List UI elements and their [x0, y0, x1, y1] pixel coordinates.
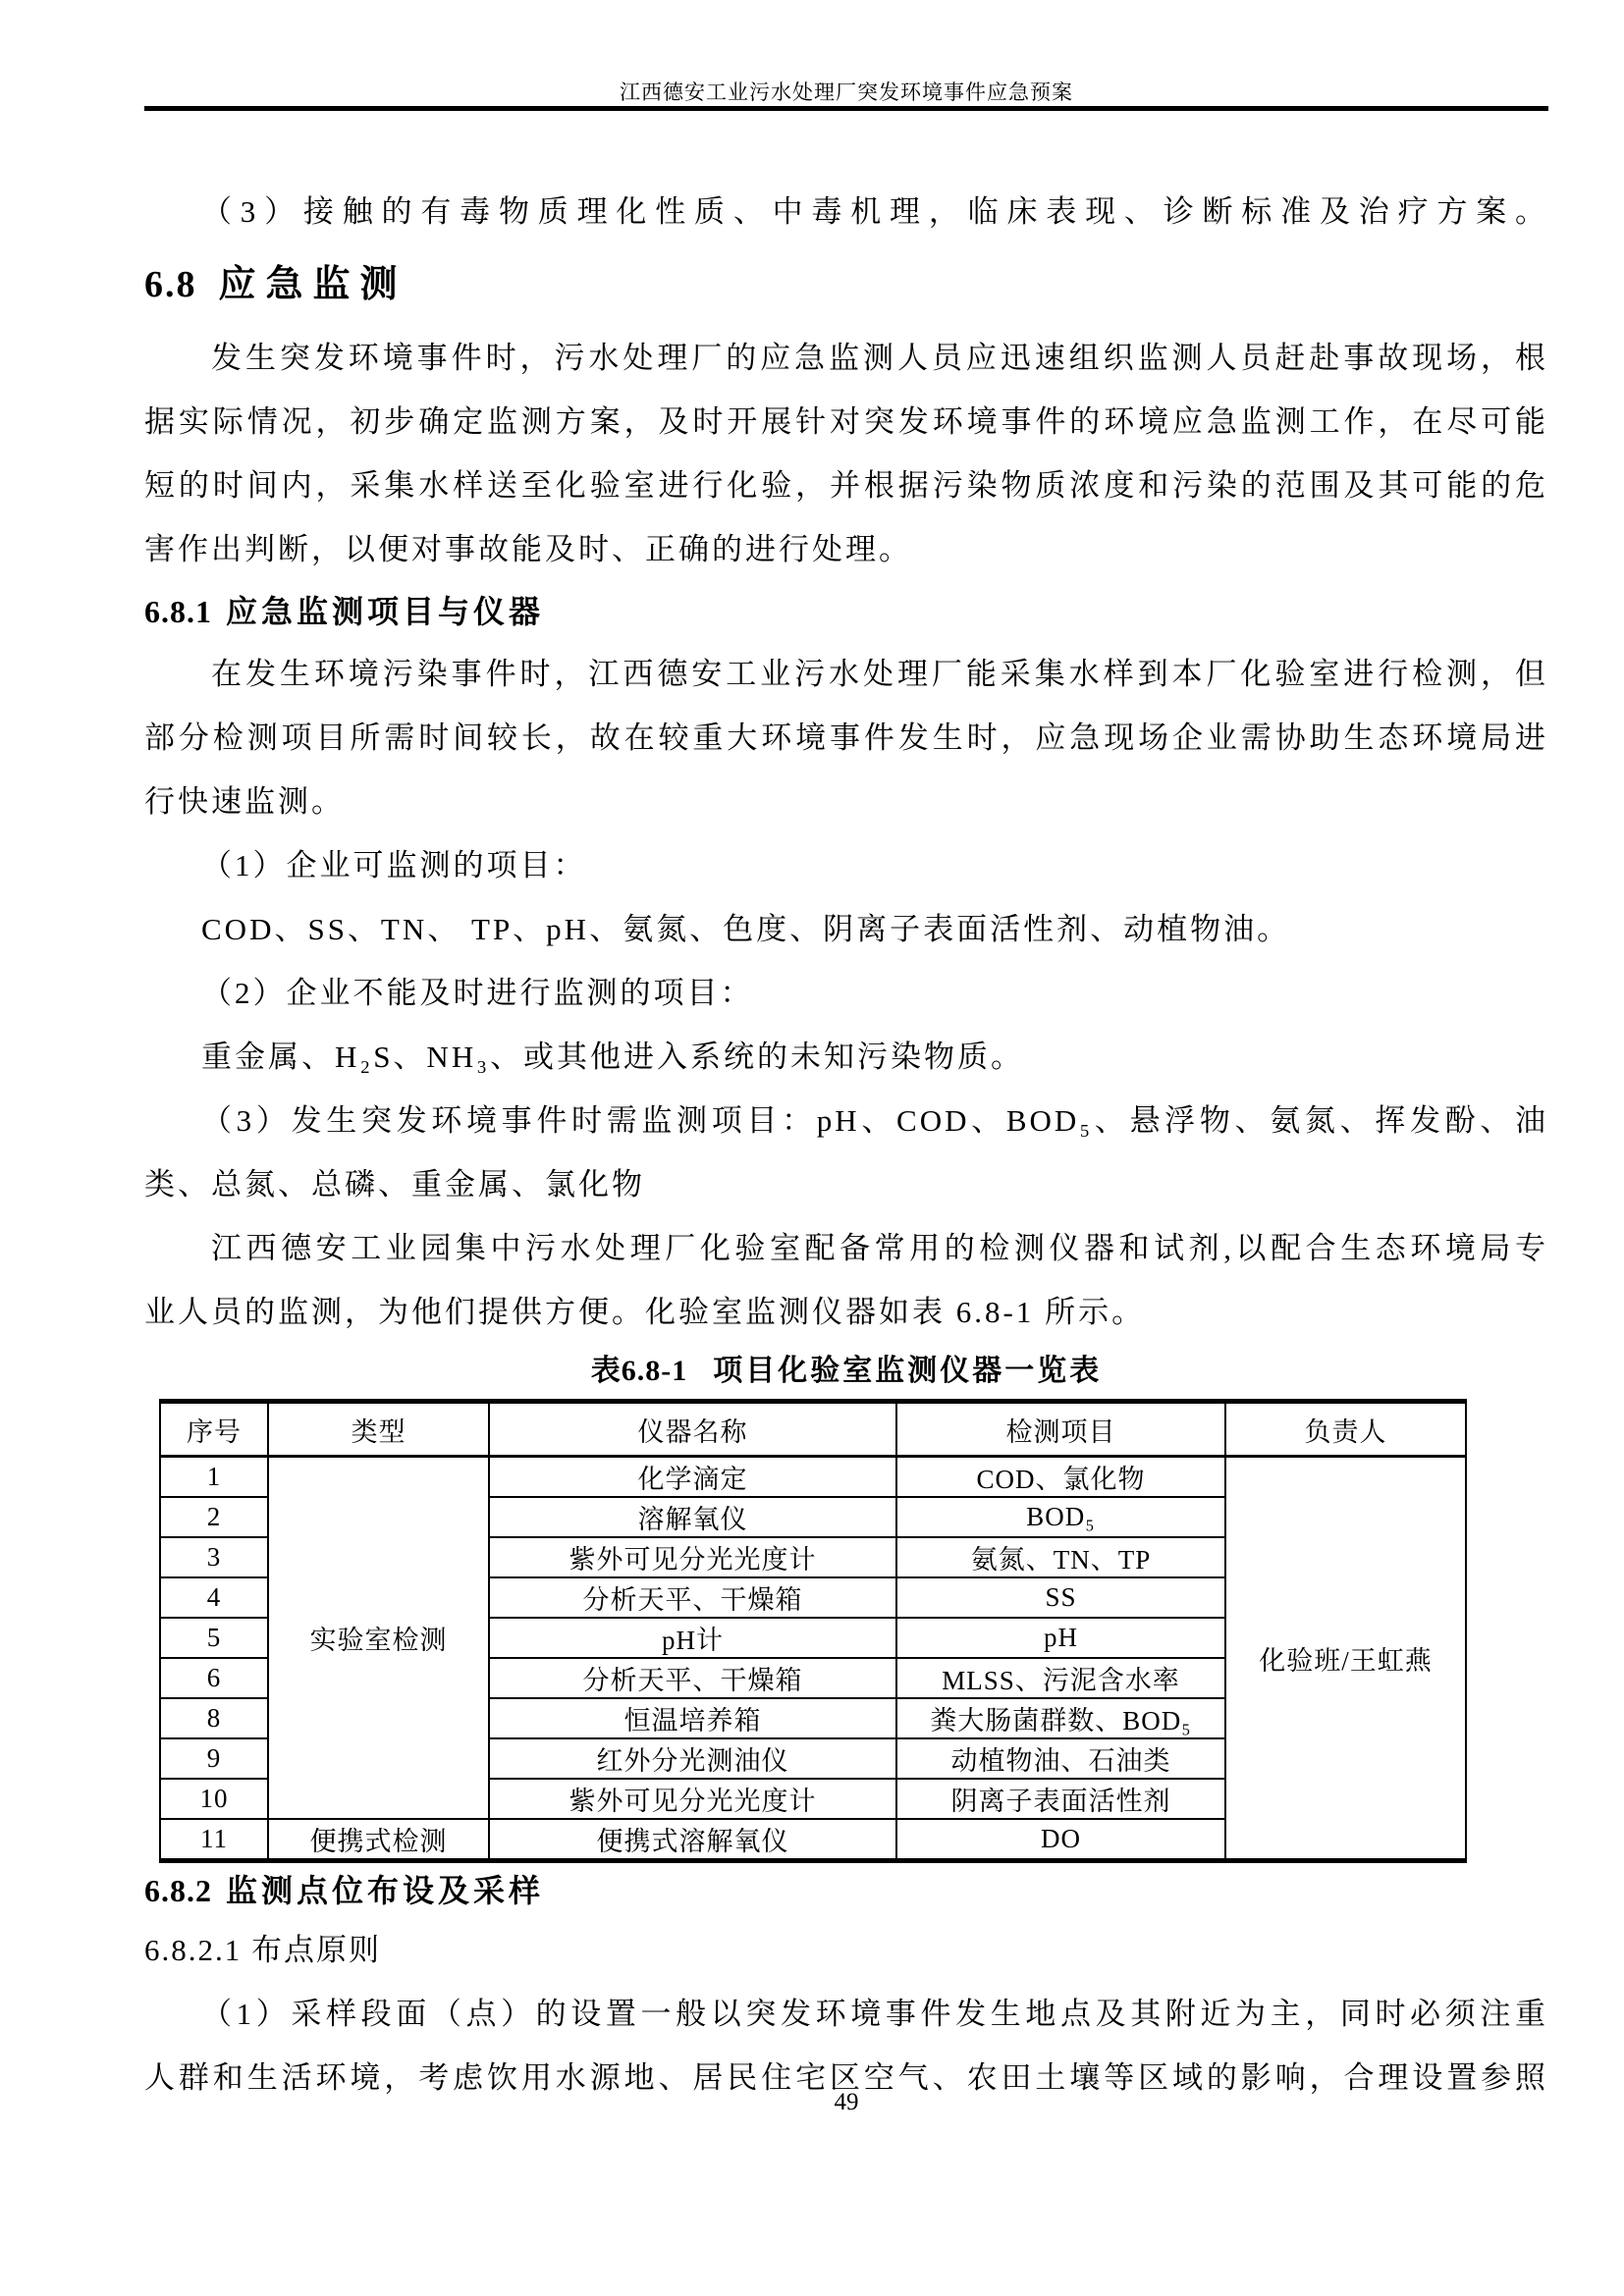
section-number: 6.8.1: [144, 594, 212, 629]
body-line: 害作出判断，以便对事故能及时、正确的进行处理。: [144, 517, 1548, 581]
cell-instrument: 紫外可见分光光度计: [489, 1779, 896, 1819]
list-item: （3）发生突发环境事件时需监测项目：pH、COD、BOD₅、悬浮物、氨氮、挥发酚…: [144, 1089, 1548, 1152]
cell-instrument: 便携式溶解氧仪: [489, 1819, 896, 1861]
table-caption-title: 项目化验室监测仪器一览表: [713, 1355, 1102, 1387]
section-heading-6-8-1: 6.8.1应急监测项目与仪器: [144, 581, 1548, 642]
cell-item: pH: [896, 1618, 1225, 1658]
cell-no: 4: [160, 1577, 268, 1618]
page-header-title: 江西德安工业污水处理厂突发环境事件应急预案: [144, 77, 1548, 106]
cell-no: 10: [160, 1779, 268, 1819]
page-number: 49: [144, 2089, 1548, 2116]
cell-item: 动植物油、石油类: [896, 1738, 1225, 1779]
list-item-detail: 重金属、H₂S、NH₃、或其他进入系统的未知污染物质。: [144, 1025, 1548, 1089]
cell-instrument: 分析天平、干燥箱: [489, 1658, 896, 1698]
cell-item: 氨氮、TN、TP: [896, 1537, 1225, 1577]
cell-no: 9: [160, 1738, 268, 1779]
body-line: 在发生环境污染事件时，江西德安工业污水处理厂能采集水样到本厂化验室进行检测，但: [144, 642, 1548, 706]
cell-instrument: 紫外可见分光光度计: [489, 1537, 896, 1577]
cell-item: DO: [896, 1819, 1225, 1861]
col-header-instrument: 仪器名称: [489, 1402, 896, 1457]
cell-item: SS: [896, 1577, 1225, 1618]
cell-instrument: 溶解氧仪: [489, 1497, 896, 1537]
col-header-no: 序号: [160, 1402, 268, 1457]
col-header-type: 类型: [268, 1402, 489, 1457]
body-line: 部分检测项目所需时间较长，故在较重大环境事件发生时，应急现场企业需协助生态环境局…: [144, 706, 1548, 770]
section-number: 6.8: [144, 264, 197, 305]
cell-item: 阴离子表面活性剂: [896, 1779, 1225, 1819]
section-title: 应急监测: [219, 264, 407, 305]
section-heading-6-8: 6.8应急监测: [144, 243, 1548, 326]
section-heading-6-8-2-1: 6.8.2.1 布点原则: [144, 1918, 1548, 1982]
section-heading-6-8-2: 6.8.2监测点位布设及采样: [144, 1863, 1548, 1918]
col-header-item: 检测项目: [896, 1402, 1225, 1457]
list-item: （2）企业不能及时进行监测的项目：: [144, 961, 1548, 1025]
list-item-detail: COD、SS、TN、 TP、pH、氨氮、色度、阴离子表面活性剂、动植物油。: [144, 897, 1548, 961]
body-line: 业人员的监测，为他们提供方便。化验室监测仪器如表 6.8-1 所示。: [144, 1280, 1548, 1344]
cell-instrument: pH计: [489, 1618, 896, 1658]
cell-type-portable: 便携式检测: [268, 1819, 489, 1861]
body-line: 江西德安工业园集中污水处理厂化验室配备常用的检测仪器和试剂,以配合生态环境局专: [144, 1216, 1548, 1280]
table-row: 1 实验室检测 化学滴定 COD、氯化物 化验班/王虹燕: [160, 1457, 1466, 1498]
list-item-continuation: 类、总氮、总磷、重金属、氯化物: [144, 1152, 1548, 1216]
body-line: 短的时间内，采集水样送至化验室进行化验，并根据污染物质浓度和污染的范围及其可能的…: [144, 454, 1548, 517]
body-line: 据实际情况，初步确定监测方案，及时开展针对突发环境事件的环境应急监测工作，在尽可…: [144, 390, 1548, 454]
body-line: 发生突发环境事件时，污水处理厂的应急监测人员应迅速组织监测人员赶赴事故现场，根: [144, 326, 1548, 390]
body-line: （1）采样段面（点）的设置一般以突发环境事件发生地点及其附近为主，同时必须注重: [144, 1982, 1548, 2046]
header-rule: [144, 106, 1548, 111]
cell-type-lab: 实验室检测: [268, 1457, 489, 1820]
cell-item: 粪大肠菌群数、BOD₅: [896, 1698, 1225, 1738]
document-body: （3）接触的有毒物质理化性质、中毒机理，临床表现、诊断标准及治疗方案。 6.8应…: [144, 180, 1548, 2109]
cell-instrument: 红外分光测油仪: [489, 1738, 896, 1779]
cell-instrument: 分析天平、干燥箱: [489, 1577, 896, 1618]
col-header-manager: 负责人: [1225, 1402, 1466, 1457]
cell-no: 1: [160, 1457, 268, 1498]
cell-item: COD、氯化物: [896, 1457, 1225, 1498]
cell-no: 2: [160, 1497, 268, 1537]
cell-instrument: 恒温培养箱: [489, 1698, 896, 1738]
section-number: 6.8.2: [144, 1873, 212, 1908]
cell-item: BOD₅: [896, 1497, 1225, 1537]
body-line: 行快速监测。: [144, 770, 1548, 833]
table-header-row: 序号 类型 仪器名称 检测项目 负责人: [160, 1402, 1466, 1457]
table-caption-label: 表6.8-1: [591, 1355, 688, 1387]
cell-item: MLSS、污泥含水率: [896, 1658, 1225, 1698]
body-line: （3）接触的有毒物质理化性质、中毒机理，临床表现、诊断标准及治疗方案。: [144, 180, 1548, 243]
section-title: 应急监测项目与仪器: [226, 594, 544, 629]
cell-no: 6: [160, 1658, 268, 1698]
document-page: 江西德安工业污水处理厂突发环境事件应急预案 （3）接触的有毒物质理化性质、中毒机…: [0, 0, 1624, 2296]
cell-no: 11: [160, 1819, 268, 1861]
lab-instruments-table: 序号 类型 仪器名称 检测项目 负责人 1 实验室检测 化学滴定 COD、氯化物…: [159, 1399, 1467, 1863]
cell-no: 5: [160, 1618, 268, 1658]
cell-no: 8: [160, 1698, 268, 1738]
list-item: （1）企业可监测的项目：: [144, 833, 1548, 897]
cell-manager: 化验班/王虹燕: [1225, 1457, 1466, 1861]
table-caption: 表6.8-1项目化验室监测仪器一览表: [144, 1344, 1548, 1399]
cell-no: 3: [160, 1537, 268, 1577]
cell-instrument: 化学滴定: [489, 1457, 896, 1498]
section-title: 监测点位布设及采样: [226, 1873, 544, 1908]
